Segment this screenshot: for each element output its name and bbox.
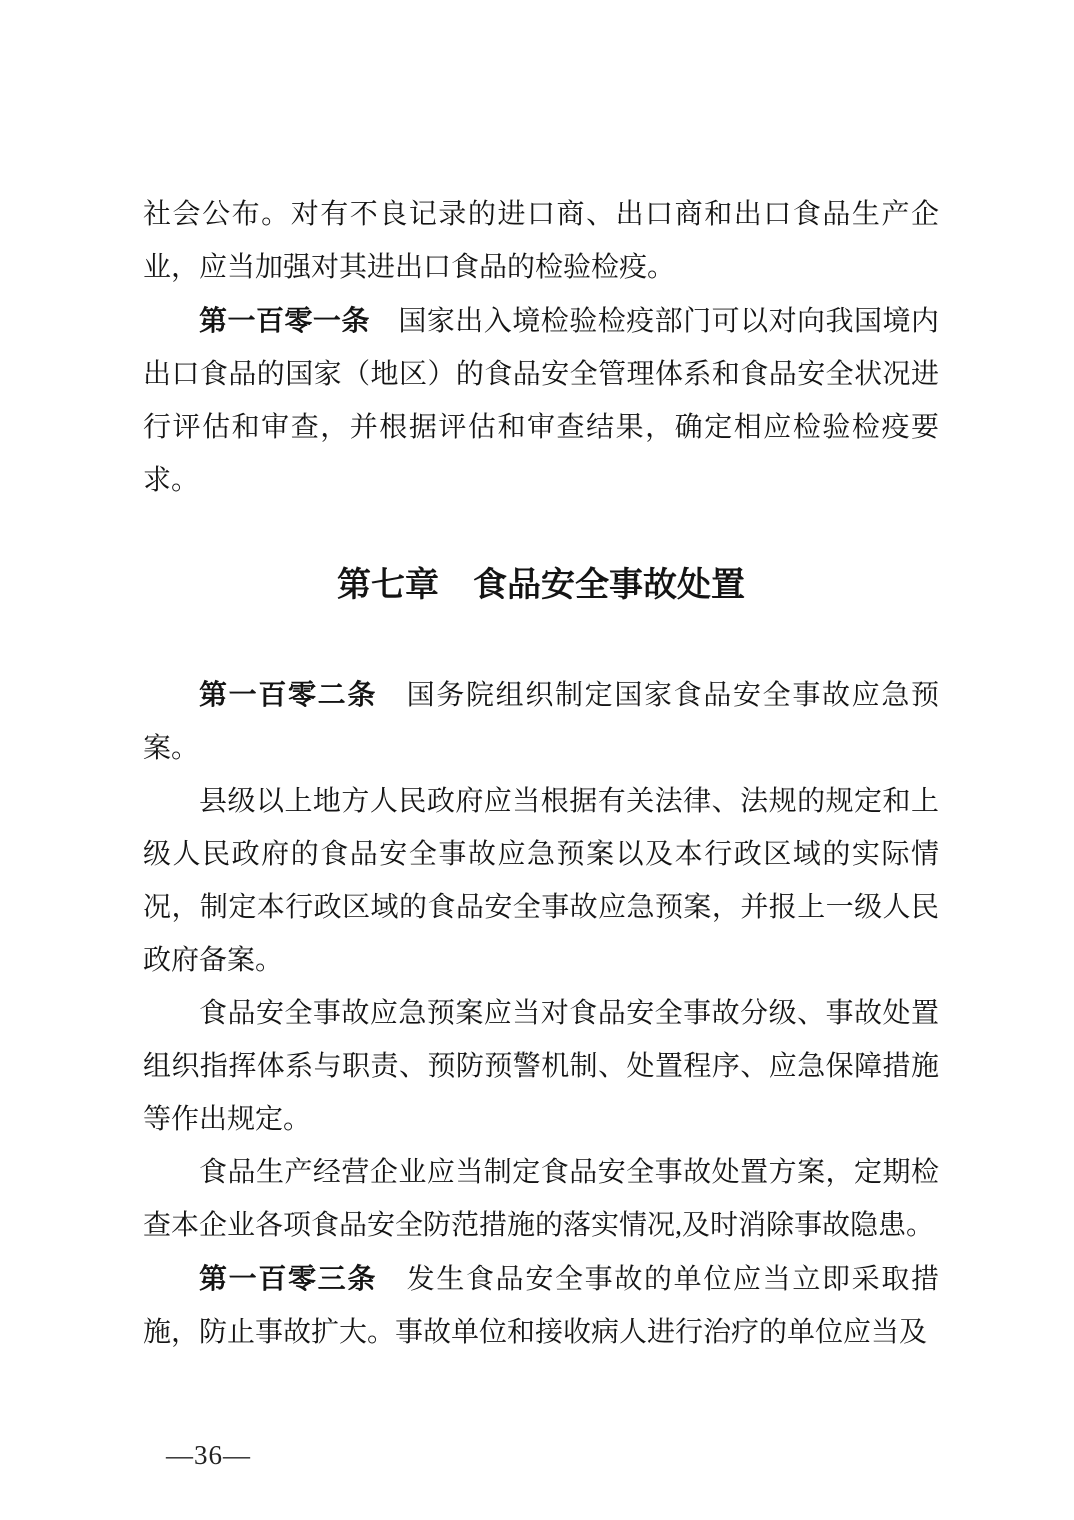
paragraph: 县级以上地方人民政府应当根据有关法律、法规的规定和上级人民政府的食品安全事故应急…	[143, 775, 939, 987]
text-block: 社会公布。对有不良记录的进口商、出口商和出口食品生产企业，应当加强对其进出口食品…	[143, 188, 939, 1359]
paragraph: 食品生产经营企业应当制定食品安全事故处置方案，定期检查本企业各项食品安全防范措施…	[143, 1146, 939, 1252]
chapter-heading: 第七章 食品安全事故处置	[143, 557, 939, 613]
body-text: 社会公布。对有不良记录的进口商、出口商和出口食品生产企业，应当加强对其进出口食品…	[143, 199, 939, 283]
chapter-title-text: 第七章 食品安全事故处置	[337, 566, 745, 604]
paragraph: 第一百零二条 国务院组织制定国家食品安全事故应急预案。	[143, 668, 939, 775]
document-page: 社会公布。对有不良记录的进口商、出口商和出口食品生产企业，应当加强对其进出口食品…	[0, 0, 1074, 1520]
article-number: 第一百零二条	[199, 679, 377, 710]
article-number: 第一百零三条	[199, 1263, 377, 1294]
article-number: 第一百零一条	[199, 305, 370, 336]
body-text: 县级以上地方人民政府应当根据有关法律、法规的规定和上级人民政府的食品安全事故应急…	[143, 786, 939, 976]
body-text: 食品生产经营企业应当制定食品安全事故处置方案，定期检查本企业各项食品安全防范措施…	[143, 1157, 939, 1241]
paragraph: 第一百零一条 国家出入境检验检疫部门可以对向我国境内出口食品的国家（地区）的食品…	[143, 294, 939, 507]
page-number: —36—	[166, 1440, 251, 1471]
paragraph: 食品安全事故应急预案应当对食品安全事故分级、事故处置组织指挥体系与职责、预防预警…	[143, 987, 939, 1146]
paragraph: 社会公布。对有不良记录的进口商、出口商和出口食品生产企业，应当加强对其进出口食品…	[143, 188, 939, 294]
paragraph: 第一百零三条 发生食品安全事故的单位应当立即采取措施，防止事故扩大。事故单位和接…	[143, 1252, 939, 1359]
body-text: 食品安全事故应急预案应当对食品安全事故分级、事故处置组织指挥体系与职责、预防预警…	[143, 998, 939, 1135]
